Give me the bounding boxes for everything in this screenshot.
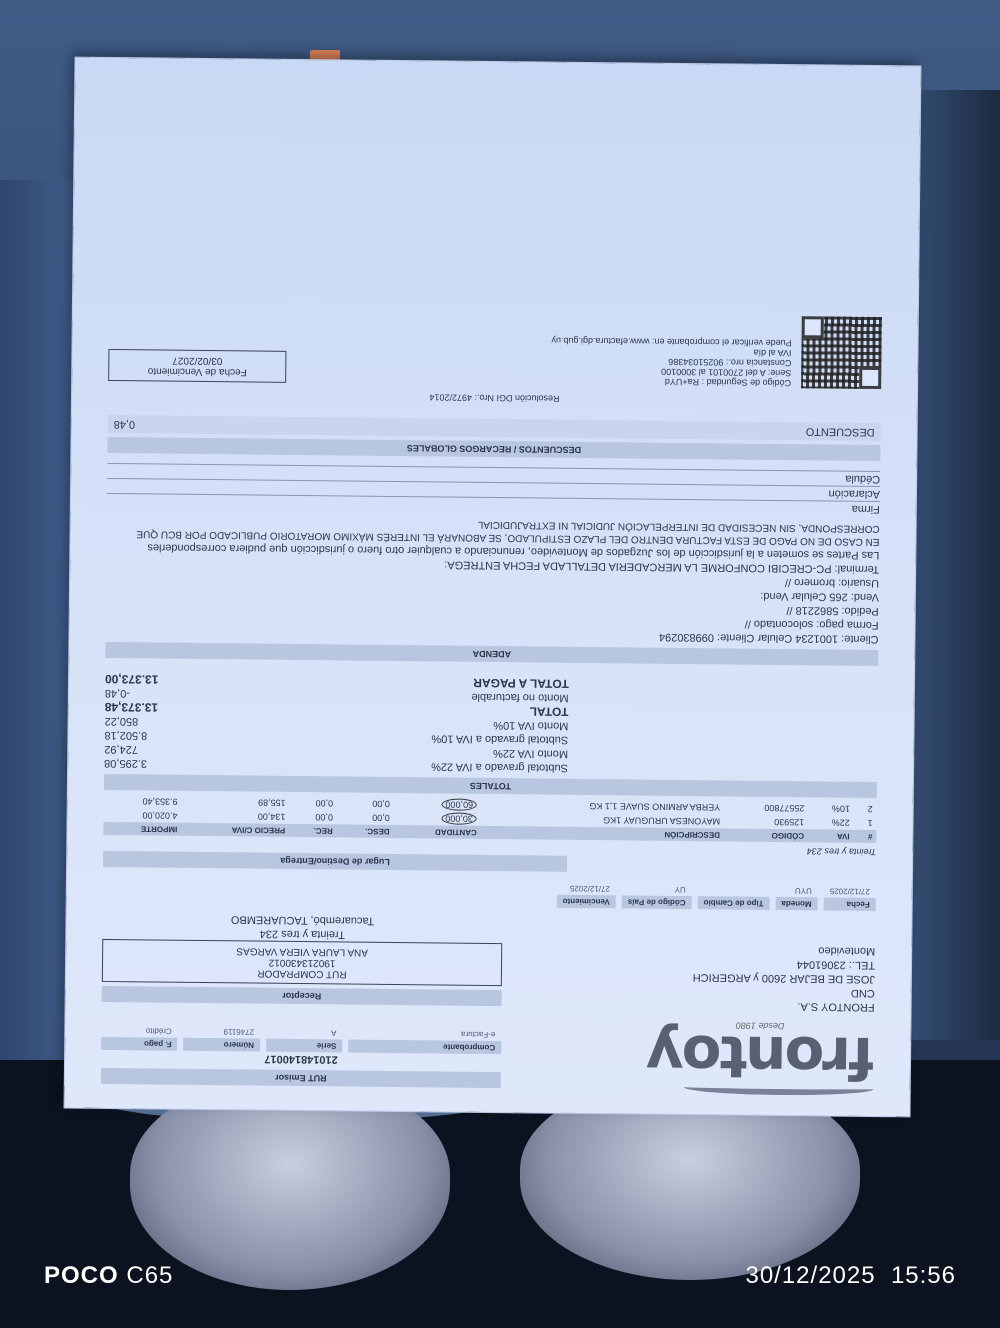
items-header: DESC. bbox=[337, 824, 394, 838]
descuentos-label: DESCUENTOS / RECARGOS GLOBALES bbox=[107, 437, 880, 461]
item-disc: 0,00 bbox=[337, 796, 394, 811]
item-price: 155,89 bbox=[182, 795, 290, 810]
qr-code-icon bbox=[801, 316, 882, 389]
items-header: IVA bbox=[808, 829, 854, 842]
items-header: IMPORTE bbox=[103, 822, 181, 836]
item-qty: 30,000 bbox=[394, 811, 481, 826]
total-label: Monto IVA 22% bbox=[493, 746, 568, 761]
photo-date: 30/12/2025 bbox=[745, 1262, 875, 1289]
item-qty: 60,000 bbox=[394, 797, 481, 812]
company-logo: frontoy Desde 1980 bbox=[624, 1019, 875, 1096]
signature-fields: FirmaAclaraciónCédula bbox=[107, 463, 880, 516]
item-amount: 9.353,40 bbox=[104, 794, 182, 809]
numero: 2746119 bbox=[184, 1025, 261, 1039]
moneda: UYU bbox=[775, 884, 817, 897]
left-knee bbox=[130, 1080, 450, 1290]
invoice-paper: frontoy Desde 1980 RUT Emisor 2101481400… bbox=[65, 58, 921, 1117]
comprobante: e-Factura bbox=[348, 1027, 501, 1042]
footer-block: Código de Seguridad : Ra+UYd Serie: A de… bbox=[108, 309, 882, 389]
resolucion-dgi: Resolución DGI Nro.: 4972/2014 bbox=[108, 387, 881, 409]
item-desc: YERBA ARMINO SUAVE 1,1 KG bbox=[481, 798, 724, 815]
fecha: 27/12/2025 bbox=[824, 884, 876, 898]
photo-time: 15:56 bbox=[891, 1262, 956, 1289]
items-header: DESCRIPCIÓN bbox=[481, 826, 724, 842]
circled-quantity: 30,000 bbox=[441, 812, 477, 824]
emisor-block: FRONTOY S.A. CND JOSE DE BEJAR 2600 y AR… bbox=[595, 916, 876, 1014]
total-label: TOTAL bbox=[530, 704, 569, 718]
vencimiento-label: Vencimiento bbox=[557, 895, 616, 909]
item-desc: MAYONESA URUGUAY 1KG bbox=[481, 812, 724, 829]
total-label: Monto IVA 10% bbox=[493, 718, 568, 733]
total-label: Monto no facturable bbox=[471, 690, 568, 705]
items-header: # bbox=[854, 830, 877, 843]
tipo-cambio-label: Tipo de Cambio bbox=[697, 896, 769, 910]
total-value: -0,48 bbox=[105, 686, 130, 700]
item-rec: 0,00 bbox=[289, 810, 337, 824]
total-value: 8.502,18 bbox=[104, 728, 147, 742]
emisor-city: Montevideo bbox=[595, 941, 875, 958]
total-value: 724,92 bbox=[104, 742, 138, 756]
item-rec: 0,00 bbox=[289, 796, 337, 810]
receptor-block: Receptor RUT COMPRADOR 190213430012 ANA … bbox=[102, 911, 503, 1010]
receptor-label: Receptor bbox=[102, 986, 502, 1006]
codigo-pais-label: Código de País bbox=[622, 895, 692, 909]
total-value: 3.295,08 bbox=[104, 756, 147, 770]
serie: A bbox=[266, 1026, 343, 1040]
total-label: TOTAL A PAGAR bbox=[473, 676, 569, 691]
camera-model: C65 bbox=[126, 1262, 173, 1289]
fecha-label: Fecha bbox=[824, 897, 876, 911]
fecha-vencimiento: 03/02/2027 bbox=[117, 354, 277, 367]
items-header: REC. bbox=[289, 824, 337, 837]
forma-pago-label: F. pago bbox=[101, 1037, 178, 1051]
emisor-phone: TEL.: 23061044 bbox=[595, 955, 875, 972]
descuento-row: DESCUENTO 0,48 bbox=[108, 415, 881, 441]
item-code: 125930 bbox=[724, 814, 808, 829]
item-n: 1 bbox=[854, 816, 877, 830]
total-label: Subtotal gravado a IVA 10% bbox=[431, 731, 568, 746]
descuento-label: DESCUENTO bbox=[806, 424, 875, 439]
timestamp-watermark: 30/12/2025 15:56 bbox=[745, 1262, 956, 1290]
item-disc: 0,00 bbox=[337, 810, 394, 825]
items-header: CANTIDAD bbox=[394, 825, 481, 839]
vencimiento-box: Fecha de Vencimiento 03/02/2027 bbox=[108, 349, 286, 383]
logo-text: frontoy bbox=[624, 1021, 875, 1092]
meta-row: Fecha27/12/2025 MonedaUYU Tipo de Cambio… bbox=[103, 877, 876, 911]
totales-block: Subtotal gravado a IVA 22%3.295,08Monto … bbox=[104, 672, 569, 775]
tipo-cambio bbox=[698, 892, 770, 897]
item-price: 134,00 bbox=[181, 809, 289, 824]
emisor-name: FRONTOY S.A. bbox=[595, 997, 875, 1014]
emisor-header: RUT Emisor 210148140017 Comprobante e-Fa… bbox=[101, 1024, 502, 1092]
moneda-label: Moneda bbox=[775, 897, 817, 910]
destino-label: Lugar de Destino/Entrega bbox=[103, 851, 567, 872]
numero-label: Número bbox=[184, 1038, 261, 1052]
codigo-pais: UY bbox=[622, 882, 692, 896]
forma-pago: Crédito bbox=[101, 1024, 178, 1038]
total-value: 850,22 bbox=[105, 714, 139, 728]
item-code: 25577800 bbox=[724, 800, 808, 815]
total-value: 13.373,00 bbox=[105, 672, 159, 687]
comprobante-label: Comprobante bbox=[348, 1040, 501, 1055]
item-n: 2 bbox=[854, 802, 877, 816]
fecha-vencimiento-label: Fecha de Vencimiento bbox=[117, 365, 277, 378]
camera-brand: POCO bbox=[44, 1262, 119, 1289]
item-amount: 4.020,00 bbox=[104, 808, 182, 823]
items-header: PRECIO C/IVA bbox=[181, 823, 289, 837]
total-value: 13.373,48 bbox=[105, 700, 159, 715]
rut-emisor-label: RUT Emisor bbox=[101, 1068, 501, 1088]
adenda-label: ADENDA bbox=[105, 642, 878, 666]
circled-quantity: 60,000 bbox=[441, 798, 477, 810]
vencimiento: 27/12/2025 bbox=[557, 882, 616, 896]
emisor-address: JOSE DE BEJAR 2600 y ARGERICH bbox=[595, 969, 875, 986]
descuento-value: 0,48 bbox=[114, 417, 136, 431]
items-header: CÓDIGO bbox=[724, 828, 808, 842]
item-iva: 22% bbox=[808, 815, 854, 829]
total-label: Subtotal gravado a IVA 22% bbox=[431, 759, 568, 774]
items-table: #IVACÓDIGODESCRIPCIÓNCANTIDADDESC.REC.PR… bbox=[103, 794, 876, 843]
adenda-block: Cliente: 1001234 Celular Cliente: 099830… bbox=[105, 514, 879, 646]
item-iva: 10% bbox=[808, 801, 854, 815]
emisor-branch: CND bbox=[595, 983, 875, 1000]
serie-label: Serie bbox=[266, 1039, 343, 1053]
camera-watermark: POCO C65 bbox=[44, 1262, 173, 1290]
